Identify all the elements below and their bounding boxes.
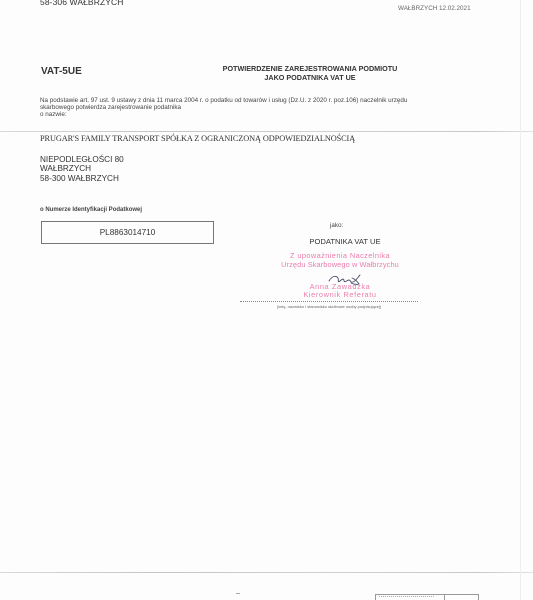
- stamp-line1: Z upoważnienia Naczelnika: [250, 251, 430, 260]
- document-title-line1: POTWIERDZENIE ZAREJESTROWANIA PODMIOTU: [180, 64, 440, 73]
- document-title-line2: JAKO PODATNIKA VAT UE: [180, 73, 440, 82]
- legal-basis-line3: o nazwie:: [40, 111, 495, 118]
- signature-caption: (imię, nazwisko i stanowisko służbowe os…: [240, 304, 418, 309]
- scan-speck: [236, 593, 240, 594]
- document-page: 58-306 WAŁBRZYCH WAŁBRZYCH 12.02.2021 VA…: [0, 0, 533, 600]
- nip-value-box: PL8863014710: [41, 221, 214, 244]
- taxpayer-address: NIEPODLEGŁOŚCI 80 WAŁBRZYCH 58-300 WAŁBR…: [40, 155, 124, 183]
- stamp-line2: Urzędu Skarbowego w Wałbrzychu: [250, 260, 430, 269]
- signature-line: [240, 301, 418, 302]
- place-and-date: WAŁBRZYCH 12.02.2021: [398, 5, 471, 12]
- footer-box: [375, 594, 479, 600]
- signatory-position: Kierownik Referatu: [250, 291, 430, 299]
- legal-basis-line1: Na podstawie art. 97 ust. 9 ustawy z dni…: [40, 97, 495, 104]
- legal-basis-paragraph: Na podstawie art. 97 ust. 9 ustawy z dni…: [40, 97, 495, 119]
- legal-basis-line2: skarbowego potwierdza zarejestrowanie po…: [40, 104, 495, 111]
- registration-type: PODATNIKA VAT UE: [280, 237, 410, 246]
- office-postal-address: 58-306 WAŁBRZYCH: [40, 0, 123, 7]
- scan-artifact-line-bottom: [0, 572, 533, 573]
- nip-label: o Numerze Identyfikacji Podatkowej: [40, 207, 142, 213]
- signatory: Anna Zawadzka Kierownik Referatu: [250, 283, 430, 300]
- official-stamp: Z upoważnienia Naczelnika Urzędu Skarbow…: [250, 251, 430, 269]
- footer-box-text: [379, 596, 434, 598]
- address-city: WAŁBRZYCH: [40, 164, 124, 173]
- address-postal: 58-300 WAŁBRZYCH: [40, 174, 124, 183]
- form-code: VAT-5UE: [41, 66, 82, 77]
- footer-box-divider: [444, 595, 445, 600]
- address-street: NIEPODLEGŁOŚCI 80: [40, 155, 124, 164]
- taxpayer-name: PRUGAR'S FAMILY TRANSPORT SPÓŁKA Z OGRAN…: [40, 134, 355, 143]
- registration-as-label: jako:: [330, 222, 343, 229]
- page-edge: [520, 0, 521, 600]
- scan-artifact-line: [0, 131, 533, 132]
- document-title: POTWIERDZENIE ZAREJESTROWANIA PODMIOTU J…: [180, 64, 440, 82]
